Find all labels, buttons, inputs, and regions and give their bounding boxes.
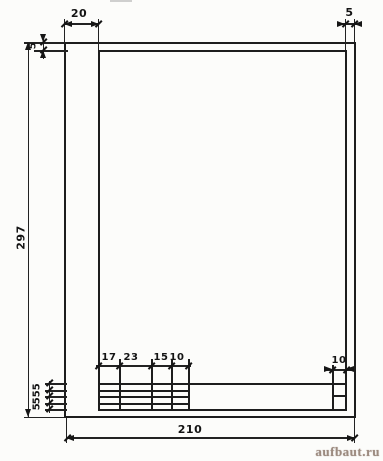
- ext-line: [24, 417, 64, 419]
- dim-label-right-column: 10: [331, 355, 347, 366]
- dim-line-sheet-height: [28, 42, 30, 417]
- sheet-border-right: [354, 42, 356, 418]
- title-block-row-line-3: [98, 403, 189, 405]
- title-block-row-line-1: [98, 390, 189, 392]
- sheet-border-left: [64, 42, 66, 418]
- title-block-right-col-mid-line: [332, 395, 347, 397]
- frame-top: [98, 50, 347, 52]
- dim-label-sheet-width: 210: [176, 423, 204, 436]
- dim-label-left-margin: 20: [69, 7, 89, 20]
- dim-line-title-columns: [96, 365, 191, 367]
- sheet-border-top: [64, 42, 356, 44]
- dim-label-row-4: 5: [32, 402, 43, 412]
- sheet-border-bottom: [64, 416, 356, 418]
- title-block-right-col-line: [332, 365, 334, 411]
- title-block-row-line-2: [98, 396, 189, 398]
- drawing-sheet-format-diagram: 20 5 5 297 210 17 23 15 10 10: [0, 0, 383, 461]
- dim-label-col-3: 15: [153, 352, 169, 363]
- dim-label-right-margin: 5: [343, 6, 356, 19]
- dim-label-sheet-height: 297: [15, 223, 28, 253]
- arrowhead: [25, 42, 31, 50]
- scan-artifact: [110, 0, 132, 2]
- title-block-top-line: [98, 383, 347, 385]
- dim-label-col-1: 17: [101, 352, 117, 363]
- watermark: aufbaut.ru: [315, 444, 380, 460]
- dim-label-col-4: 10: [169, 352, 185, 363]
- dim-label-col-2: 23: [123, 352, 139, 363]
- frame-left: [98, 50, 100, 411]
- dim-line-sheet-width: [66, 437, 355, 439]
- frame-bottom-title-block-bottom: [98, 409, 347, 411]
